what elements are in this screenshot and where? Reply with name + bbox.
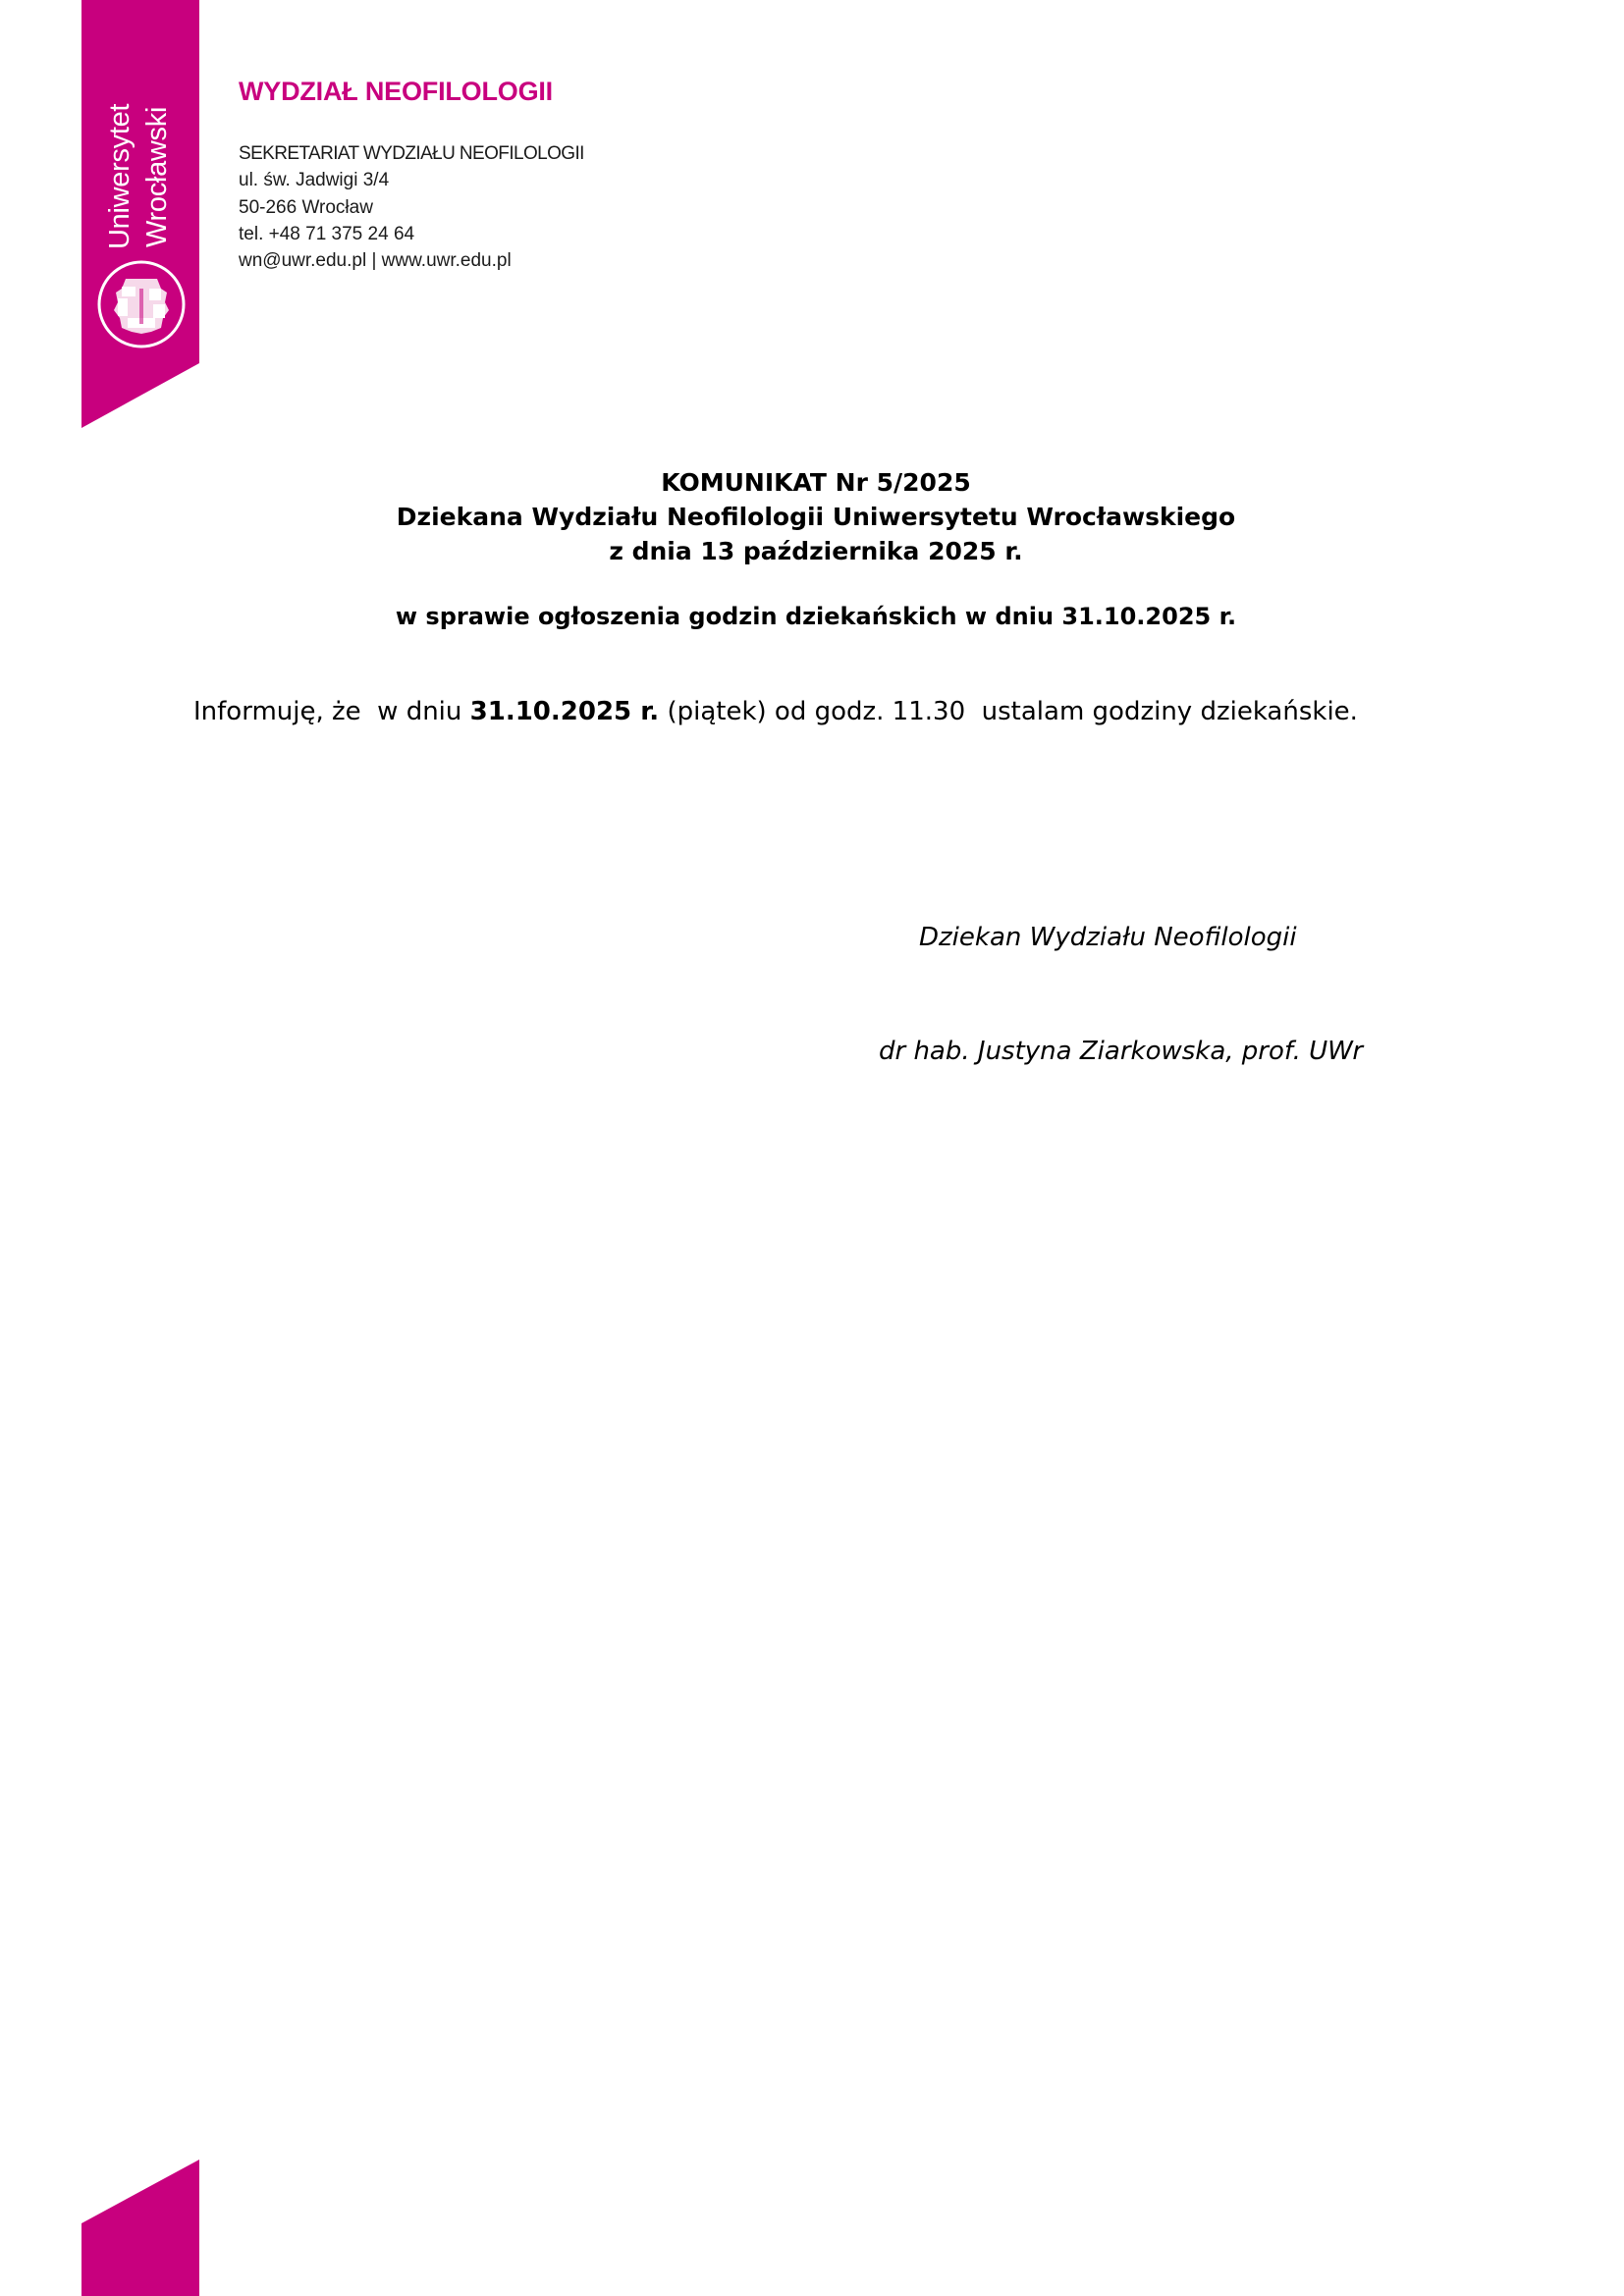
body-part2: (piątek) od godz. 11.30 ustalam godziny … xyxy=(659,697,1358,726)
university-crest-icon xyxy=(96,259,187,349)
postal-city: 50-266 Wrocław xyxy=(239,194,584,221)
brand-ribbon-top xyxy=(81,0,199,428)
university-name-line1: Uniwersytet xyxy=(106,104,135,249)
announcement-body: Informuję, że w dniu 31.10.2025 r. (piąt… xyxy=(193,697,1358,726)
body-date: 31.10.2025 r. xyxy=(470,697,660,726)
body-part1: Informuję, że w dniu xyxy=(193,697,470,726)
faculty-name: WYDZIAŁ NEOFILOLOGII xyxy=(239,77,553,107)
document-title: KOMUNIKAT Nr 5/2025 Dziekana Wydziału Ne… xyxy=(0,465,1624,568)
issue-date: z dnia 13 października 2025 r. xyxy=(0,534,1624,568)
signature-name: dr hab. Justyna Ziarkowska, prof. UWr xyxy=(879,1037,1363,1066)
address-block: SEKRETARIAT WYDZIAŁU NEOFILOLOGII ul. św… xyxy=(239,140,584,274)
phone-number: tel. +48 71 375 24 64 xyxy=(239,221,584,247)
university-name-line2: Wrocławski xyxy=(143,107,172,247)
brand-ribbon-bottom xyxy=(81,2160,199,2296)
signature-title: Dziekan Wydziału Neofilologii xyxy=(919,923,1297,952)
secretariat-name: SEKRETARIAT WYDZIAŁU NEOFILOLOGII xyxy=(239,140,584,167)
announcement-number: KOMUNIKAT Nr 5/2025 xyxy=(0,465,1624,500)
document-subject: w sprawie ogłoszenia godzin dziekańskich… xyxy=(0,603,1624,630)
issuer: Dziekana Wydziału Neofilologii Uniwersyt… xyxy=(0,500,1624,534)
email-website: wn@uwr.edu.pl | www.uwr.edu.pl xyxy=(239,247,584,274)
street-address: ul. św. Jadwigi 3/4 xyxy=(239,167,584,193)
